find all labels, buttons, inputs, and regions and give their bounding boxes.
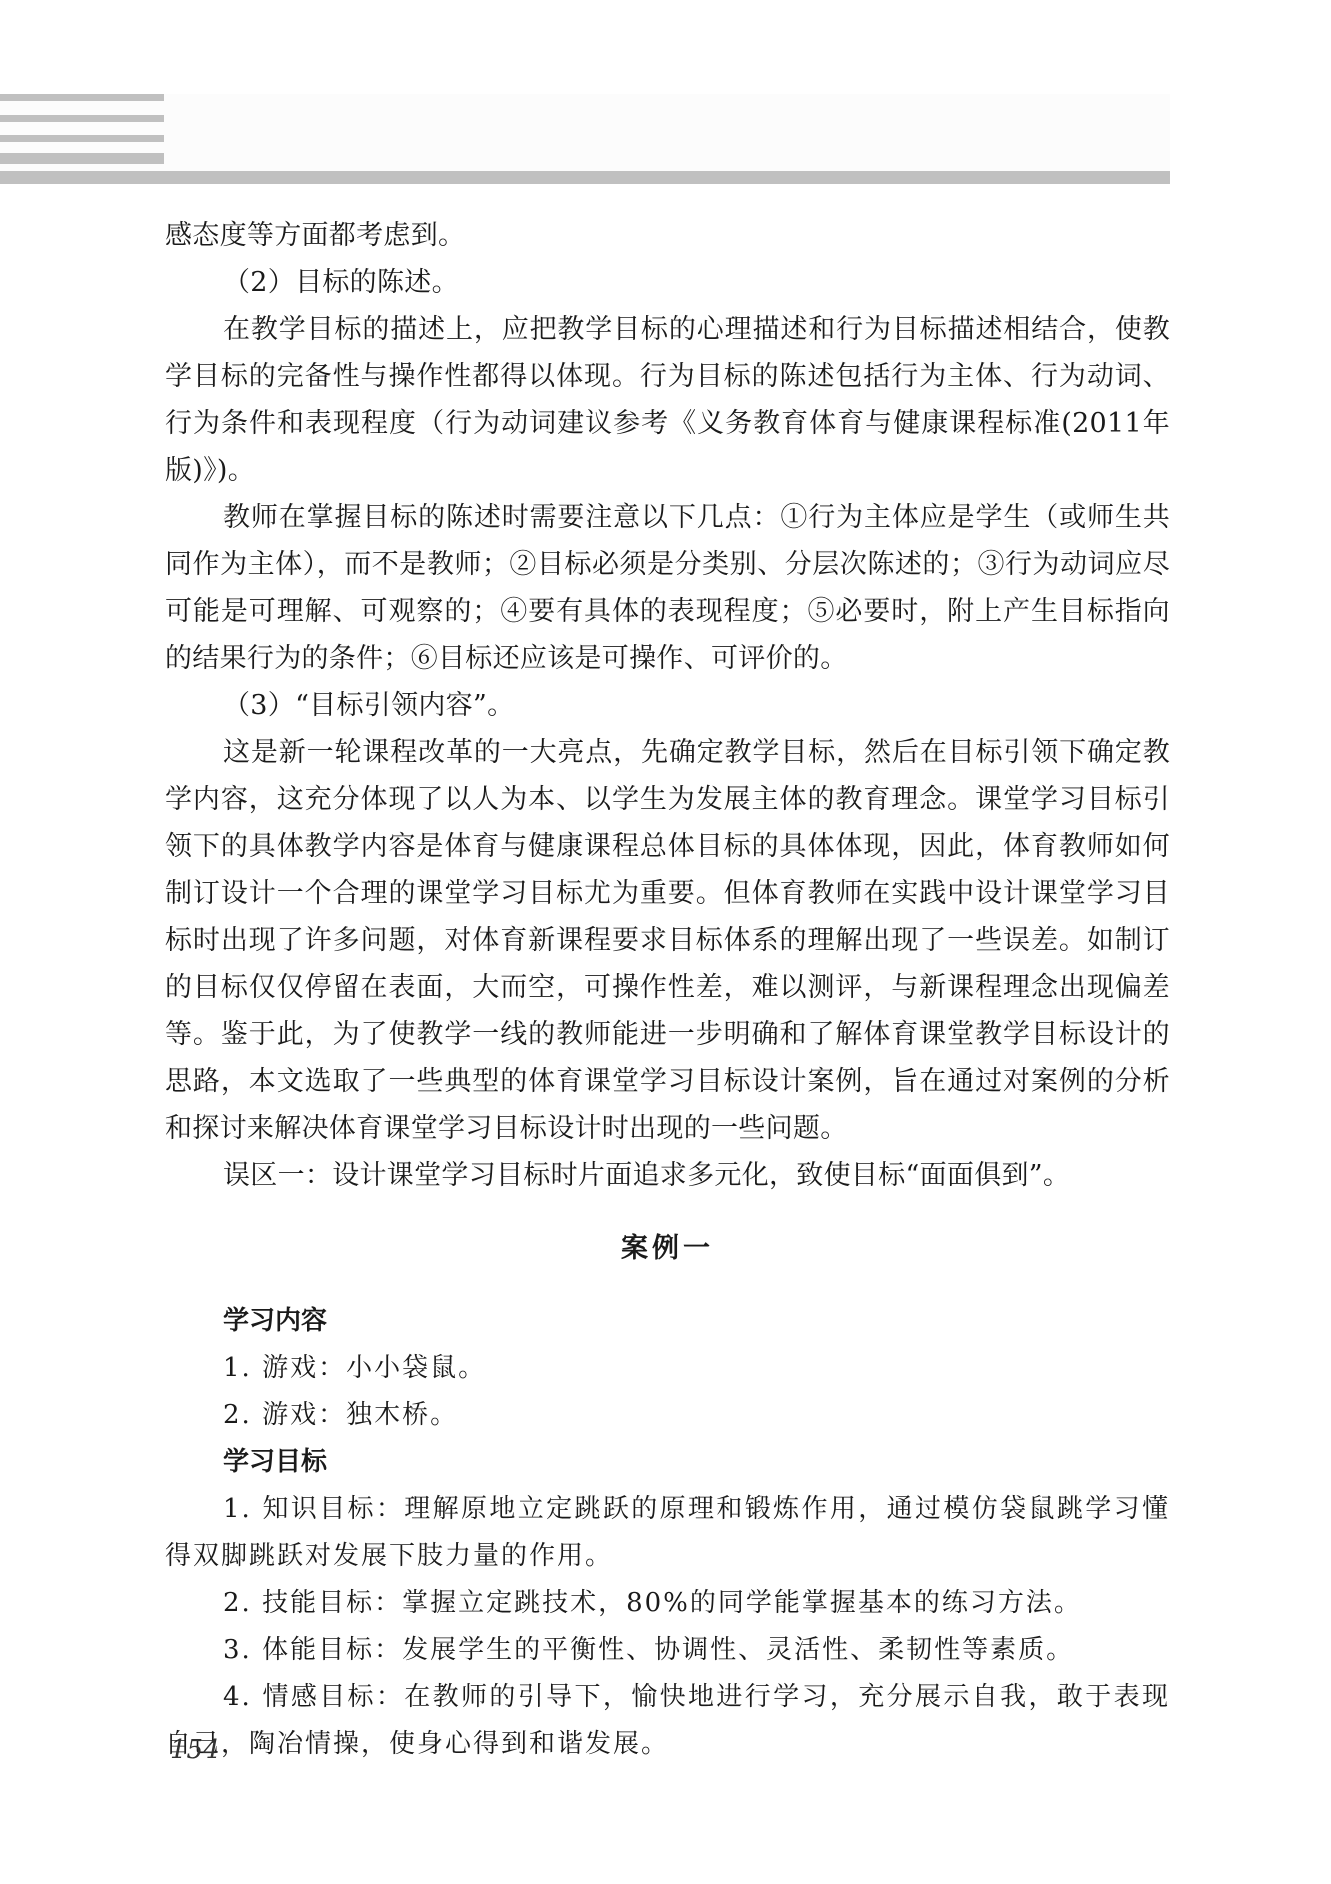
header-stripe [0,94,164,101]
content-item: 2. 游戏：独木桥。 [165,1392,1170,1439]
header-band [0,94,1170,171]
goals-heading: 学习目标 [165,1439,1170,1486]
case-title: 案例一 [165,1225,1170,1272]
section-heading-3: （3）“目标引领内容”。 [165,682,1170,729]
goal-item: 2. 技能目标：掌握立定跳技术，80%的同学能掌握基本的练习方法。 [165,1580,1170,1627]
goal-item: 3. 体能目标：发展学生的平衡性、协调性、灵活性、柔韧性等素质。 [165,1627,1170,1674]
paragraph: 这是新一轮课程改革的一大亮点，先确定教学目标，然后在目标引领下确定教学内容，这充… [165,729,1170,1152]
goal-item: 4. 情感目标：在教师的引导下，愉快地进行学习，充分展示自我，敢于表现自己，陶冶… [165,1674,1170,1768]
misconception-heading: 误区一：设计课堂学习目标时片面追求多元化，致使目标“面面俱到”。 [165,1152,1170,1199]
header-stripe [0,115,164,122]
page-body: 感态度等方面都考虑到。 （2）目标的陈述。 在教学目标的描述上，应把教学目标的心… [165,212,1170,1768]
content-item: 1. 游戏：小小袋鼠。 [165,1345,1170,1392]
page-number: 154 [170,1735,220,1765]
section-heading-2: （2）目标的陈述。 [165,259,1170,306]
paragraph: 在教学目标的描述上，应把教学目标的心理描述和行为目标描述相结合，使教学目标的完备… [165,306,1170,494]
header-stripe [0,135,164,142]
header-stripe [0,153,164,164]
content-heading: 学习内容 [165,1298,1170,1345]
paragraph: 感态度等方面都考虑到。 [165,212,1170,259]
paragraph: 教师在掌握目标的陈述时需要注意以下几点：①行为主体应是学生（或师生共同作为主体）… [165,494,1170,682]
goal-item: 1. 知识目标：理解原地立定跳跃的原理和锻炼作用，通过模仿袋鼠跳学习懂得双脚跳跃… [165,1486,1170,1580]
header-rule [0,171,1170,184]
